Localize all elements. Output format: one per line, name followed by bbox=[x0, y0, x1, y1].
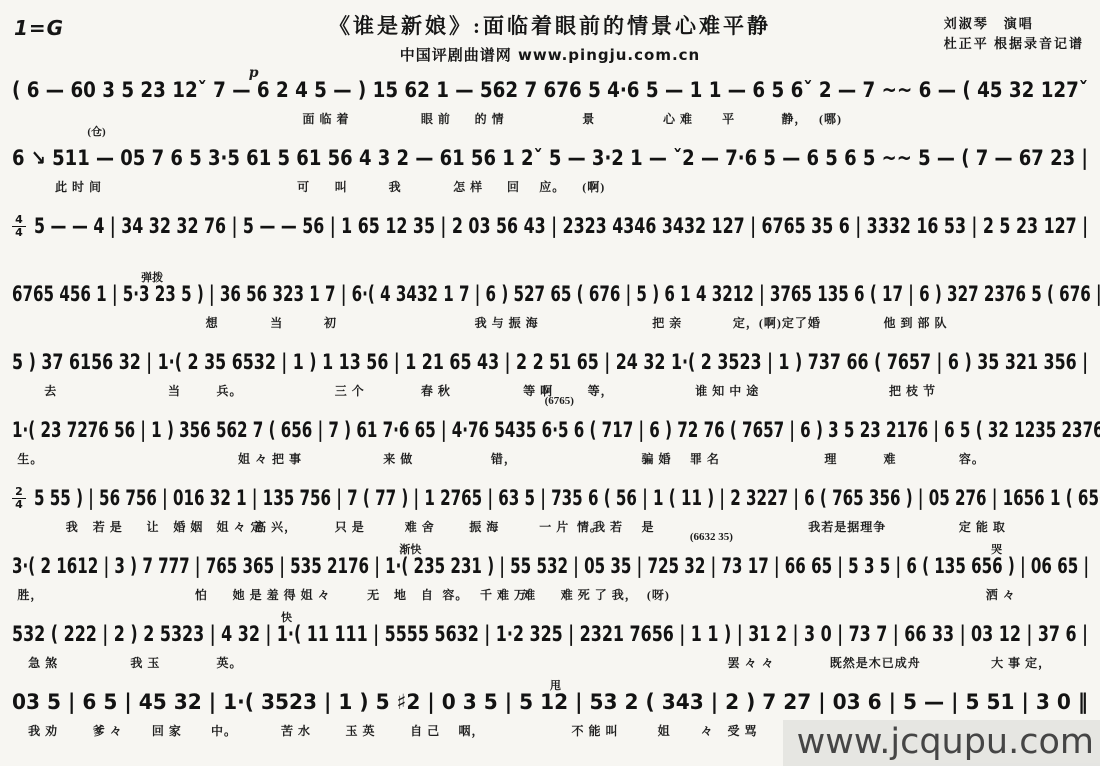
lyric-segment: 洒 々 bbox=[986, 586, 1016, 603]
lyric-segment: 眼 前 bbox=[421, 110, 451, 127]
lyric-segment: 兵。 bbox=[216, 382, 242, 399]
lyric-segment: 她 是 羞 得 姐 々 bbox=[233, 586, 331, 603]
lyric-segment: 容。 bbox=[442, 586, 468, 603]
lyric-segment: 大 事 定， bbox=[991, 654, 1051, 671]
lyric-segment: 我若是据理争 bbox=[808, 518, 886, 535]
watermark: www.jcqupu.com bbox=[783, 720, 1100, 766]
notation-line-3: 445 — — 4 | 34 32 32 76 | 5 — — 56 | 1 6… bbox=[12, 202, 1088, 270]
lyric-segment: 受 骂 bbox=[728, 722, 758, 739]
lyric-segment: (哪) bbox=[819, 110, 842, 127]
lyric-segment: 是 bbox=[641, 518, 654, 535]
lyric-segment: 急 煞 bbox=[28, 654, 58, 671]
lyric-segment: 容。 bbox=[959, 450, 985, 467]
lyric-segment: 地 bbox=[394, 586, 407, 603]
lyric-segment: 怕 bbox=[195, 586, 208, 603]
lyric-segment: 把 枝 节 bbox=[889, 382, 936, 399]
lyric-segment: 平 bbox=[722, 110, 735, 127]
lyric-segment: 骗 婚 bbox=[641, 450, 671, 467]
lyric-segment: 自 己 bbox=[410, 722, 440, 739]
jianpu-notation: 5 ) 37 6156 32 | 1·( 2 35 6532 | 1 ) 1 1… bbox=[12, 350, 1088, 374]
lyric-segment: 我 劝 bbox=[28, 722, 58, 739]
site-name: 中国评剧曲谱网 bbox=[400, 48, 512, 64]
lyric-segment: 去 bbox=[44, 382, 57, 399]
lyric-segment: 心 难 bbox=[663, 110, 693, 127]
lyric-segment: 罢 々 々 bbox=[728, 654, 775, 671]
lyric-segment: 回 家 bbox=[152, 722, 182, 739]
lyric-segment: 可 bbox=[297, 178, 310, 195]
lyric-segment: 高 兴， bbox=[254, 518, 297, 535]
lyric-segment: (啊) bbox=[582, 178, 605, 195]
lyric-segment: 爹 々 bbox=[93, 722, 123, 739]
jianpu-notation: 5 55 ) | 56 756 | 016 32 1 | 135 756 | 7… bbox=[34, 486, 1100, 510]
transcriber-credit: 杜正平 根据录音记谱 bbox=[944, 34, 1084, 54]
lyric-segment: 英。 bbox=[216, 654, 242, 671]
lyric-segment: 我 玉 bbox=[130, 654, 160, 671]
lyric-segment: 我 bbox=[389, 178, 402, 195]
lyric-segment: 定 能 取 bbox=[959, 518, 1006, 535]
lyric-segment: 谁 知 中 途 bbox=[695, 382, 759, 399]
jianpu-notation: 6 ↘ 511 — 05 7 6 5 3·5 61 5 61 56 4 3 2 … bbox=[12, 146, 1088, 170]
lyric-segment: 无 bbox=[367, 586, 380, 603]
lyric-segment: 想 bbox=[206, 314, 219, 331]
lyric-segment: 理 bbox=[824, 450, 837, 467]
notation-row: 532 ( 222 | 2 ) 2 5323 | 4 32 | 1·( 11 1… bbox=[12, 622, 1088, 652]
notation-row: 3·( 2 1612 | 3 ) 7 777 | 765 365 | 535 2… bbox=[12, 554, 1088, 584]
lyric-segment: 此 时 间 bbox=[55, 178, 102, 195]
notation-line-5: 5 ) 37 6156 32 | 1·( 2 35 6532 | 1 ) 1 1… bbox=[12, 338, 1088, 406]
notation-row: 03 5 | 6 5 | 45 32 | 1·( 3523 | 1 ) 5 ♯2… bbox=[12, 690, 1088, 720]
notation-line-8: 渐快哭3·( 2 1612 | 3 ) 7 777 | 765 365 | 53… bbox=[12, 542, 1088, 610]
lyric-segment: 景 bbox=[582, 110, 595, 127]
lyric-segment: 苦 水 bbox=[281, 722, 311, 739]
lyric-segment: 不 能 叫 bbox=[572, 722, 619, 739]
lyric-segment: 他 到 部 队 bbox=[884, 314, 948, 331]
lyric-segment: 一 片 bbox=[539, 518, 569, 535]
lyric-segment: 千 难 万 bbox=[480, 586, 527, 603]
lyric-segment: 我 bbox=[66, 518, 79, 535]
lyric-segment: 三 个 bbox=[335, 382, 365, 399]
notation-line-2: 6 ↘ 511 — 05 7 6 5 3·5 61 5 61 56 4 3 2 … bbox=[12, 134, 1088, 202]
jianpu-notation: 03 5 | 6 5 | 45 32 | 1·( 3523 | 1 ) 5 ♯2… bbox=[12, 690, 1088, 714]
title-block: 《谁是新娘》:面临着眼前的情景心难平静 中国评剧曲谱网 www.pingju.c… bbox=[0, 10, 1100, 65]
lyric-segment: 既然是木已成舟 bbox=[830, 654, 921, 671]
lyric-segment: 姐 々 把 事 bbox=[238, 450, 302, 467]
lyric-segment: 初 bbox=[324, 314, 337, 331]
lyric-segment: 应。 bbox=[539, 178, 565, 195]
site-line: 中国评剧曲谱网 www.pingju.com.cn bbox=[0, 44, 1100, 65]
lyric-segment: 自 bbox=[421, 586, 434, 603]
lyric-segment: 玉 英 bbox=[346, 722, 376, 739]
lyric-segment: 回 bbox=[507, 178, 520, 195]
lyric-segment: (呀) bbox=[647, 586, 670, 603]
jianpu-notation: ( 6 — 60 3 5 23 12ˇ 7 — 6 2 4 5 — ) 15 6… bbox=[12, 78, 1088, 102]
lyric-segment: 姐 bbox=[658, 722, 671, 739]
lyric-segment: 怎 样 bbox=[453, 178, 483, 195]
site-url: www.pingju.com.cn bbox=[518, 46, 700, 64]
lyric-segment: 我 若 bbox=[593, 518, 623, 535]
sheet-music-page: 1=G 《谁是新娘》:面临着眼前的情景心难平静 中国评剧曲谱网 www.ping… bbox=[0, 0, 1100, 766]
notation-line-4: 弹拨6765 456 1 | 5·3 23 5 ) | 36 56 323 1 … bbox=[12, 270, 1088, 338]
lyric-segment: 难 bbox=[884, 450, 897, 467]
lyric-segment: 当 bbox=[270, 314, 283, 331]
lyric-segment: 我 与 振 海 bbox=[475, 314, 539, 331]
jianpu-notation: 1·( 23 7276 56 | 1 ) 356 562 7 ( 656 | 7… bbox=[12, 418, 1100, 442]
jianpu-notation: 5 — — 4 | 34 32 32 76 | 5 — — 56 | 1 65 … bbox=[34, 214, 1088, 238]
notation-row: 6 ↘ 511 — 05 7 6 5 3·5 61 5 61 56 4 3 2 … bbox=[12, 146, 1088, 176]
notation-line-1: p( 6 — 60 3 5 23 12ˇ 7 — 6 2 4 5 — ) 15 … bbox=[12, 66, 1088, 134]
lyric-segment: 振 海 bbox=[469, 518, 499, 535]
jianpu-notation: 3·( 2 1612 | 3 ) 7 777 | 765 365 | 535 2… bbox=[12, 554, 1089, 578]
lyric-segment: 胜， bbox=[17, 586, 43, 603]
lyric-segment: 难 舍 bbox=[405, 518, 435, 535]
lyric-segment: 生。 bbox=[17, 450, 43, 467]
lyric-segment: 来 做 bbox=[383, 450, 413, 467]
lyric-segment: 难 死 了 我， bbox=[561, 586, 638, 603]
notation-line-7: 245 55 ) | 56 756 | 016 32 1 | 135 756 |… bbox=[12, 474, 1088, 542]
lyric-segment: 婚 姻 bbox=[173, 518, 203, 535]
notation-line-6: 1·( 23 7276 56 | 1 ) 356 562 7 ( 656 | 7… bbox=[12, 406, 1088, 474]
lyric-segment: 等， bbox=[588, 382, 614, 399]
time-signature: 44 bbox=[12, 214, 26, 238]
credits-block: 刘淑琴 演唱 杜正平 根据录音记谱 bbox=[944, 14, 1084, 54]
lyric-segment: 叫 bbox=[335, 178, 348, 195]
score-body: p( 6 — 60 3 5 23 12ˇ 7 — 6 2 4 5 — ) 15 … bbox=[0, 66, 1100, 746]
lyric-segment: 々 bbox=[701, 722, 714, 739]
notation-row: 5 ) 37 6156 32 | 1·( 2 35 6532 | 1 ) 1 1… bbox=[12, 350, 1088, 380]
notation-line-9: 快532 ( 222 | 2 ) 2 5323 | 4 32 | 1·( 11 … bbox=[12, 610, 1088, 678]
jianpu-notation: 532 ( 222 | 2 ) 2 5323 | 4 32 | 1·( 11 1… bbox=[12, 622, 1088, 646]
notation-row: 1·( 23 7276 56 | 1 ) 356 562 7 ( 656 | 7… bbox=[12, 418, 1088, 448]
lyric-segment: 面 临 着 bbox=[303, 110, 350, 127]
lyric-segment: 错， bbox=[491, 450, 517, 467]
lyric-segment: 把 亲 bbox=[652, 314, 682, 331]
performer-credit: 刘淑琴 演唱 bbox=[944, 14, 1084, 34]
time-signature: 24 bbox=[12, 486, 26, 510]
lyric-segment: 若 是 bbox=[93, 518, 123, 535]
notation-row: 445 — — 4 | 34 32 32 76 | 5 — — 56 | 1 6… bbox=[12, 214, 1088, 244]
lyric-segment: 让 bbox=[147, 518, 160, 535]
lyric-segment: 罪 名 bbox=[690, 450, 720, 467]
score-header: 1=G 《谁是新娘》:面临着眼前的情景心难平静 中国评剧曲谱网 www.ping… bbox=[0, 0, 1100, 66]
jianpu-notation: 6765 456 1 | 5·3 23 5 ) | 36 56 323 1 7 … bbox=[12, 282, 1100, 306]
lyric-segment: 静， bbox=[781, 110, 807, 127]
lyric-segment: 春 秋 bbox=[421, 382, 451, 399]
notation-row: 6765 456 1 | 5·3 23 5 ) | 36 56 323 1 7 … bbox=[12, 282, 1088, 312]
lyric-segment: 中。 bbox=[211, 722, 237, 739]
lyric-segment: 当 bbox=[168, 382, 181, 399]
lyric-segment: 难 bbox=[523, 586, 536, 603]
lyric-segment: 咽， bbox=[459, 722, 485, 739]
notation-row: ( 6 — 60 3 5 23 12ˇ 7 — 6 2 4 5 — ) 15 6… bbox=[12, 78, 1088, 108]
song-title: 《谁是新娘》:面临着眼前的情景心难平静 bbox=[0, 10, 1100, 40]
lyric-segment: 定，(啊)定了婚 bbox=[733, 314, 821, 331]
notation-row: 245 55 ) | 56 756 | 016 32 1 | 135 756 |… bbox=[12, 486, 1088, 516]
lyric-segment: 只 是 bbox=[335, 518, 365, 535]
lyric-segment: 的 情 bbox=[475, 110, 505, 127]
